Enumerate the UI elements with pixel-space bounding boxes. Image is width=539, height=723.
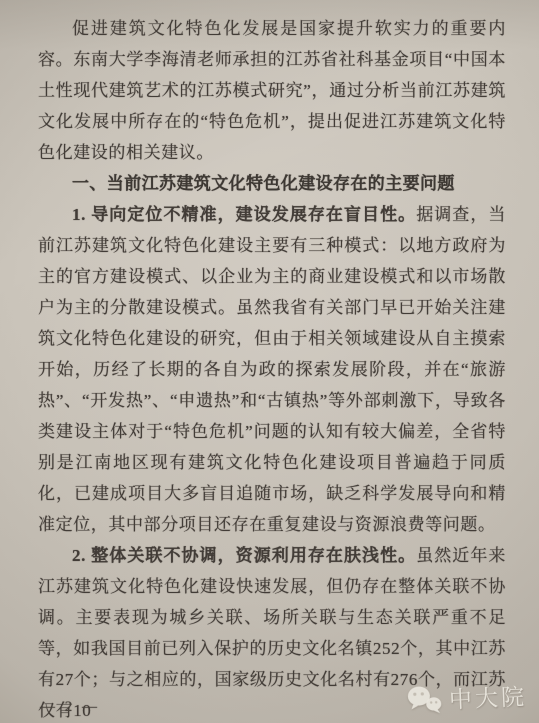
wechat-icon [405,684,442,716]
watermark-label: 中大院 [448,678,527,714]
item-1-body: 据调查，当前江苏建筑文化特色化建设主要有三种模式：以地方政府为主的官方建设模式、… [38,205,506,534]
item-1-paragraph: 1. 导向定位不精准，建设发展存在盲目性。据调查，当前江苏建筑文化特色化建设主要… [38,199,506,540]
intro-text: 促进建筑文化特色化发展是国家提升软实力的重要内容。东南大学李海清老师承担的江苏省… [38,19,506,162]
scanned-document-page: 促进建筑文化特色化发展是国家提升软实力的重要内容。东南大学李海清老师承担的江苏省… [0,0,539,723]
page-number: — 2 — [40,699,100,716]
item-1-lead: 1. 导向定位不精准，建设发展存在盲目性。 [72,205,416,224]
section-heading: 一、当前江苏建筑文化特色化建设存在的主要问题 [38,168,506,199]
intro-paragraph: 促进建筑文化特色化发展是国家提升软实力的重要内容。东南大学李海清老师承担的江苏省… [38,13,506,168]
watermark: 中大院 [405,678,527,716]
item-2-lead: 2. 整体关联不协调，资源利用存在肤浅性。 [72,546,416,565]
document-body: 促进建筑文化特色化发展是国家提升软实力的重要内容。东南大学李海清老师承担的江苏省… [38,13,506,723]
